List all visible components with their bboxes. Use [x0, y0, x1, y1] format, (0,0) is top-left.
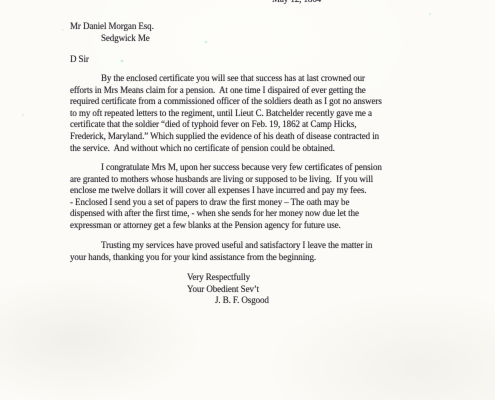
paragraph-2-line: I congratulate Mrs M, upon her success b… [70, 162, 430, 174]
paragraph-1-line: Frederick, Maryland.” Which supplied the… [70, 131, 430, 143]
paragraph-2-line: expressman or attorney get a few blanks … [70, 220, 430, 232]
salutation: D Sir [70, 54, 89, 66]
letter-date: May 12, 1864 [272, 0, 321, 6]
closing-respectfully: Very Respectfully [187, 271, 259, 283]
recipient-address: Sedgwick Me [70, 33, 154, 45]
paragraph-3-line: Trusting my services have proved useful … [70, 240, 430, 252]
paragraph-3-line: your hands, thanking you for your kind a… [70, 252, 430, 264]
recipient-name: Mr Daniel Morgan Esq. [70, 21, 154, 33]
paragraph-2-line: - Enclosed I send you a set of papers to… [70, 197, 430, 209]
scanned-letter-page: May 12, 1864 Mr Daniel Morgan Esq. Sedgw… [0, 0, 495, 400]
paragraph-3: Trusting my services have proved useful … [70, 240, 430, 263]
paragraph-2: I congratulate Mrs M, upon her success b… [70, 162, 430, 232]
paragraph-1-line: required certificate from a commissioned… [70, 96, 430, 108]
paragraph-1-line: to my oft repeated letters to the regime… [70, 108, 430, 120]
closing-obedient-servant: Your Obedient Sev’t [187, 283, 259, 295]
paragraph-1-line: certificate that the soldier “died of ty… [70, 119, 430, 131]
paragraph-2-line: are granted to mothers whose husbands ar… [70, 174, 430, 186]
paragraph-2-line: enclose me twelve dollars it will cover … [70, 185, 430, 197]
paragraph-1-line: By the enclosed certificate you will see… [70, 73, 430, 85]
recipient-block: Mr Daniel Morgan Esq. Sedgwick Me [70, 21, 154, 44]
paragraph-1-line: efforts in Mrs Means claim for a pension… [70, 85, 430, 97]
signature: J. B. F. Osgood [215, 295, 269, 307]
paragraph-1-line: the service. And without which no certif… [70, 143, 430, 155]
closing-block: Very Respectfully Your Obedient Sev’t [187, 271, 259, 296]
paragraph-1: By the enclosed certificate you will see… [70, 73, 430, 154]
paragraph-2-line: dispensed with after the first time, - w… [70, 208, 430, 220]
